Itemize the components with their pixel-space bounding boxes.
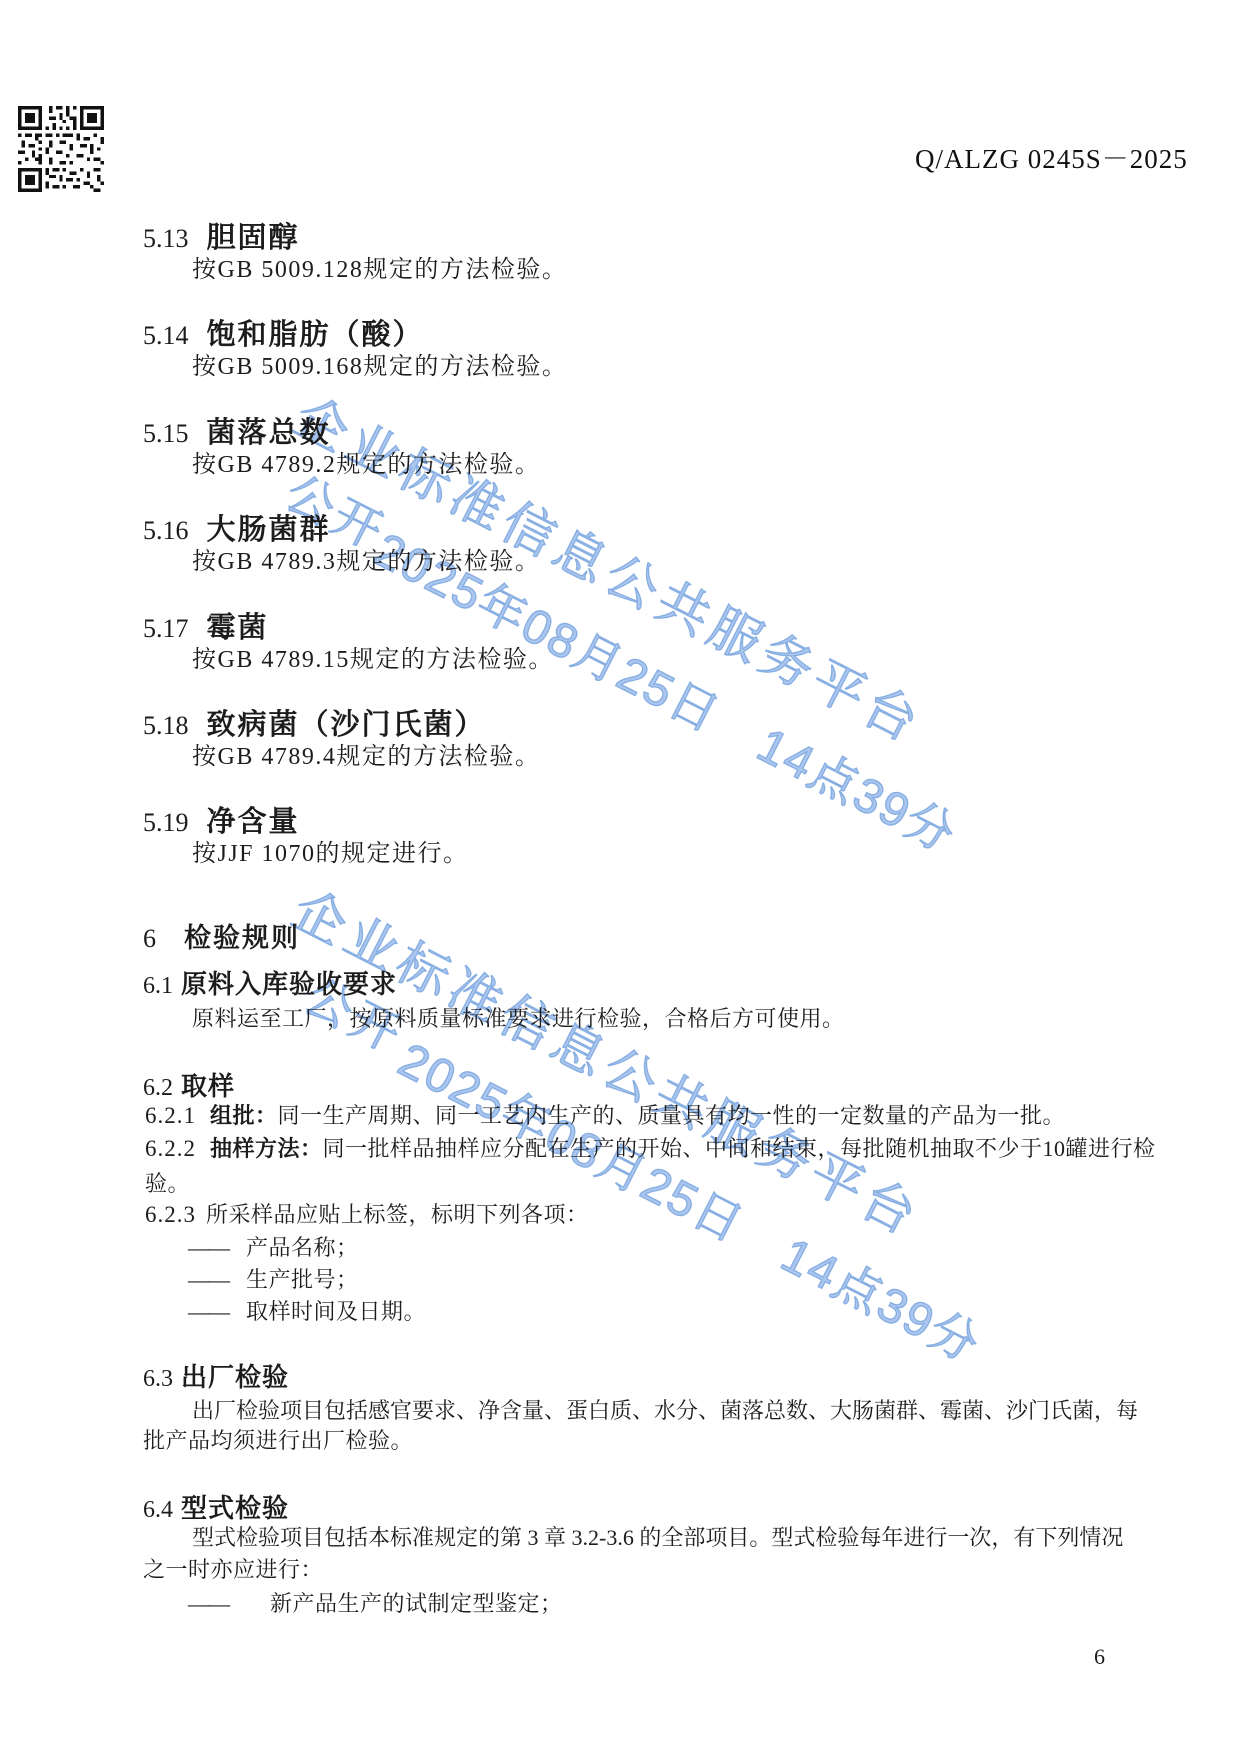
section-5-14-heading: 5.14饱和脂肪（酸） [143,319,424,352]
list-item: ——生产批号； [188,1267,359,1292]
section-number: 5.18 [143,711,189,740]
section-number: 5.14 [143,321,189,350]
chapter-6-heading: 6检验规则 [143,922,300,955]
em-dash: —— [188,1591,228,1616]
paragraph-6-2-3: 6.2.3所采样品应贴上标签，标明下列各项： [145,1202,589,1228]
section-title: 取样 [181,1071,235,1101]
em-dash: —— [188,1299,228,1324]
paragraph-number: 6.2.3 [145,1202,196,1227]
paragraph-6-2-1: 6.2.1组批：同一生产周期、同一工艺内生产的、质量具有均一性的一定数量的产品为… [145,1103,1065,1129]
chapter-number: 6 [143,924,156,953]
paragraph-number: 6.2.1 [145,1103,196,1128]
section-number: 5.15 [143,419,189,448]
paragraph-text: 所采样品应贴上标签，标明下列各项： [206,1202,589,1227]
section-title: 大肠菌群 [207,514,331,546]
section-title: 出厂检验 [181,1362,289,1392]
section-number: 6.1 [143,973,173,999]
list-item-text: 新产品生产的试制定型鉴定； [270,1591,563,1616]
section-6-3-heading: 6.3出厂检验 [143,1363,289,1394]
qr-code-icon [18,106,104,192]
document-page: Q/ALZG 0245S－2025 企业标准信息公共服务平台 公开 2025年0… [0,0,1240,1753]
paragraph-text: 同一批样品抽样应分配在生产的开始、中间和结束，每批随机抽取不少于10罐进行检 [323,1136,1156,1161]
section-title: 原料入库验收要求 [181,969,397,999]
section-6-3-body-line1: 出厂检验项目包括感官要求、净含量、蛋白质、水分、菌落总数、大肠菌群、霉菌、沙门氏… [192,1398,1138,1423]
section-5-18-heading: 5.18致病菌（沙门氏菌） [143,709,486,742]
paragraph-term: 抽样方法： [210,1136,323,1161]
section-title: 霉菌 [207,612,269,644]
section-6-4-body-line1: 型式检验项目包括本标准规定的第 3 章 3.2-3.6 的全部项目。型式检验每年… [192,1525,1123,1550]
em-dash: —— [188,1235,228,1260]
section-5-19-body: 按JJF 1070的规定进行。 [192,841,469,869]
doc-number: Q/ALZG 0245S－2025 [915,144,1188,175]
section-number: 6.3 [143,1366,173,1392]
page-number: 6 [1094,1644,1105,1669]
chapter-title: 检验规则 [184,923,300,953]
section-6-1-body: 原料运至工厂，按原料质量标准要求进行检验，合格后方可使用。 [192,1006,845,1031]
section-5-18-body: 按GB 4789.4规定的方法检验。 [192,744,540,772]
paragraph-6-2-2-wrap: 验。 [145,1171,190,1196]
section-6-4-body-line2: 之一时亦应进行： [143,1557,323,1582]
list-item-text: 生产批号； [246,1267,359,1292]
section-5-15-heading: 5.15菌落总数 [143,417,331,450]
paragraph-text: 同一生产周期、同一工艺内生产的、质量具有均一性的一定数量的产品为一批。 [278,1103,1066,1128]
section-title: 致病菌（沙门氏菌） [207,709,486,741]
section-number: 5.16 [143,516,189,545]
section-5-19-heading: 5.19净含量 [143,806,300,839]
list-item: ——产品名称； [188,1235,359,1260]
section-6-1-heading: 6.1原料入库验收要求 [143,970,397,1001]
section-5-17-heading: 5.17霉菌 [143,612,269,645]
section-5-16-body: 按GB 4789.3规定的方法检验。 [192,549,540,577]
section-6-4-heading: 6.4型式检验 [143,1494,289,1525]
section-title: 净含量 [207,806,300,838]
section-title: 型式检验 [181,1493,289,1523]
section-number: 6.4 [143,1497,173,1523]
section-number: 6.2 [143,1075,173,1101]
section-6-3-body-line2: 批产品均须进行出厂检验。 [143,1428,413,1453]
section-5-16-heading: 5.16大肠菌群 [143,514,331,547]
section-5-13-body: 按GB 5009.128规定的方法检验。 [192,257,567,285]
list-item: ——取样时间及日期。 [188,1299,426,1324]
list-item-text: 取样时间及日期。 [246,1299,426,1324]
section-title: 胆固醇 [207,222,300,254]
list-item-text: 产品名称； [246,1235,359,1260]
section-5-13-heading: 5.13胆固醇 [143,222,300,255]
em-dash: —— [188,1267,228,1292]
section-5-14-body: 按GB 5009.168规定的方法检验。 [192,354,567,382]
section-5-17-body: 按GB 4789.15规定的方法检验。 [192,647,554,675]
paragraph-term: 组批： [210,1103,278,1128]
paragraph-6-2-2: 6.2.2抽样方法：同一批样品抽样应分配在生产的开始、中间和结束，每批随机抽取不… [145,1136,1156,1162]
section-title: 饱和脂肪（酸） [207,319,424,351]
section-number: 5.13 [143,224,189,253]
section-6-2-heading: 6.2取样 [143,1072,235,1103]
list-item: ——新产品生产的试制定型鉴定； [188,1591,563,1616]
section-number: 5.19 [143,808,189,837]
section-5-15-body: 按GB 4789.2规定的方法检验。 [192,452,540,480]
section-number: 5.17 [143,614,189,643]
section-title: 菌落总数 [207,417,331,449]
watermark-service-line-2: 企业标准信息公共服务平台 [282,868,936,1251]
watermark-datetime-2: 2025年08月25日 14点39分 [389,1022,994,1376]
paragraph-number: 6.2.2 [145,1136,196,1161]
